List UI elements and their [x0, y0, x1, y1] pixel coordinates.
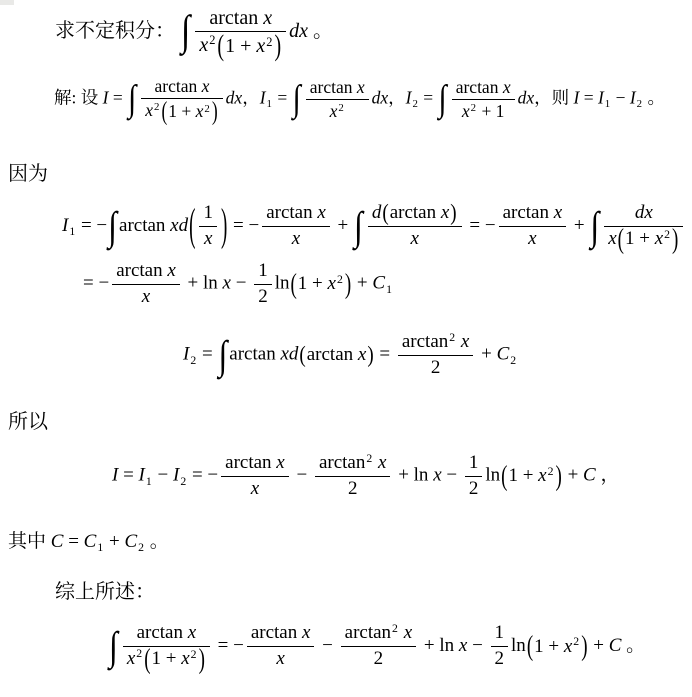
final-answer: ∫arctan xx2(1 + x2) = −arctan xx − arcta… [108, 622, 645, 671]
math-text: 2 [469, 478, 479, 499]
math-text: 1 + [298, 273, 328, 294]
superscript: 2 [664, 228, 670, 241]
math-variable: x [433, 465, 441, 486]
math-text: arctan [456, 77, 503, 97]
numerator: arctan x [247, 622, 315, 647]
subscript: 2 [180, 475, 186, 488]
math-text: arctan [137, 622, 188, 643]
math-text: 1 [258, 260, 268, 281]
math-variable: x [302, 622, 310, 643]
denominator: 2 [254, 285, 272, 309]
math-text: = − [213, 635, 244, 656]
right-paren-icon: ) [344, 270, 352, 299]
numerator: arctan2 x [398, 331, 473, 356]
left-paren-icon: ( [381, 202, 389, 225]
superscript: 2 [471, 102, 476, 114]
math-text: ， [242, 87, 260, 107]
math-text: + [563, 465, 583, 486]
paren-content: 1 + x2 [298, 272, 344, 296]
fraction: arctan xx [247, 622, 315, 671]
math-variable: x [554, 202, 562, 223]
math-text: arctan [116, 260, 167, 281]
superscript: 2 [136, 647, 142, 660]
math-variable: x [145, 100, 153, 120]
math-text: 1 [469, 452, 479, 473]
math-text: + [333, 215, 353, 236]
fraction: 12 [465, 452, 483, 501]
math-variable: x [503, 77, 511, 97]
paren-group: (1 + x2) [143, 648, 206, 671]
integral-icon: ∫ [108, 206, 117, 246]
math-variable: dx [226, 87, 243, 107]
math-variable: x [462, 101, 470, 121]
paren-content: 1 + x2 [625, 228, 671, 251]
denominator: x2(1 + x2) [141, 99, 222, 122]
math-text: arctan [209, 7, 263, 29]
fraction: arctan xx2 [306, 77, 369, 122]
math-variable: I [173, 465, 179, 486]
math-text: 1 [495, 622, 505, 643]
math-variable: x [357, 77, 365, 97]
fraction: arctan xx [262, 202, 330, 251]
paren-group: (1 + x2) [526, 635, 589, 659]
math-variable: dx [518, 87, 535, 107]
math-text: 2 [495, 648, 505, 669]
math-text: = − [187, 465, 218, 486]
math-variable: x [251, 478, 259, 499]
paren-content: arctan x [307, 343, 367, 367]
numerator: arctan2 x [315, 452, 390, 477]
fraction: d(arctan x)x [368, 202, 462, 251]
math-text: arctan [307, 344, 358, 365]
superscript: 2 [366, 452, 372, 465]
math-variable: x [188, 622, 196, 643]
numerator: 1 [254, 260, 272, 285]
denominator: x [199, 227, 217, 251]
math-variable: x [276, 452, 284, 473]
math-variable: xd [280, 344, 298, 365]
math-variable: C [372, 273, 385, 294]
numerator: d(arctan x) [368, 202, 462, 227]
right-paren-icon: ) [273, 31, 282, 61]
math-text: arctan [310, 77, 357, 97]
fraction: arctan xx [221, 452, 289, 501]
math-text: = − [228, 215, 259, 236]
paren-content: arctan x [390, 202, 450, 225]
subscript: 2 [138, 541, 144, 554]
math-text: ln [511, 635, 526, 656]
math-text: 1 [203, 202, 213, 223]
right-paren-icon: ) [198, 645, 206, 674]
math-variable: x [223, 273, 231, 294]
denominator: x [247, 647, 315, 671]
math-text: 。 [643, 87, 665, 107]
subscript: 1 [97, 541, 103, 554]
math-text: 解: 设 [54, 87, 103, 107]
superscript: 2 [204, 103, 209, 115]
left-paren-icon: ( [188, 204, 196, 250]
superscript: 2 [449, 331, 455, 344]
integral-icon: ∫ [439, 81, 447, 118]
integral-icon: ∫ [590, 206, 599, 246]
math-variable: x [358, 344, 366, 365]
fraction: arctan xx2(1 + x2) [123, 622, 210, 671]
numerator: arctan2 x [341, 622, 416, 647]
left-paren-icon: ( [289, 270, 297, 299]
integral-icon: ∫ [354, 206, 363, 246]
math-variable: x [538, 465, 546, 486]
scan-artifact [0, 0, 14, 5]
math-text: 1 + [508, 465, 538, 486]
fraction: dxx(1 + x2) [604, 202, 683, 251]
fraction: arctan2 x2 [341, 622, 416, 671]
math-text: 1 + [625, 228, 655, 249]
setup-line: 解: 设 I = ∫arctan xx2(1 + x2)dx，I1 = ∫arc… [54, 76, 665, 122]
math-variable: I [598, 87, 604, 107]
i1-derivation-line2: = −arctan xx + ln x − 12ln(1 + x2) + C1 [83, 260, 393, 309]
math-variable: C [609, 635, 622, 656]
superscript: 2 [209, 33, 215, 47]
math-text: arctan [225, 452, 276, 473]
numerator: arctan x [141, 76, 222, 99]
math-text: = − [76, 215, 107, 236]
subscript: 2 [190, 354, 196, 367]
math-variable: x [202, 76, 210, 96]
denominator: 2 [341, 647, 416, 671]
fraction: arctan2 x2 [398, 331, 473, 380]
math-variable: x [292, 228, 300, 249]
left-paren-icon: ( [617, 225, 625, 254]
math-text: = [579, 87, 598, 107]
superscript: 2 [573, 635, 579, 648]
math-variable: I [62, 215, 68, 236]
math-variable: x [196, 101, 204, 121]
math-variable: x [528, 228, 536, 249]
math-text: = [419, 87, 438, 107]
math-variable: dx [372, 87, 389, 107]
i2-derivation: I2 = ∫arctan xd(arctan x) = arctan2 x2 +… [183, 331, 517, 380]
problem-statement: 求不定积分： ∫arctan xx2(1 + x2)dx 。 [55, 6, 333, 58]
right-paren-icon: ) [220, 204, 228, 250]
paren-group: (1 + x2) [500, 464, 563, 488]
math-text: − [611, 87, 630, 107]
superscript: 2 [154, 101, 159, 113]
math-variable: I [183, 344, 189, 365]
denominator: x [262, 227, 330, 251]
integral-icon: ∫ [218, 335, 227, 375]
paren-group: (1 + x2) [289, 272, 352, 296]
denominator: 2 [491, 647, 509, 671]
paren-group: (1x) [188, 202, 228, 251]
paren-group: (1 + x2) [160, 101, 218, 122]
math-text: + [352, 273, 372, 294]
math-text: arctan [155, 76, 202, 96]
math-variable: x [608, 228, 616, 249]
right-paren-icon: ) [555, 462, 563, 491]
left-paren-icon: ( [160, 99, 168, 125]
math-variable: x [411, 228, 419, 249]
denominator: 2 [315, 477, 390, 501]
subscript: 1 [605, 98, 610, 110]
math-text: + ln [419, 635, 459, 656]
fraction: arctan xx [112, 260, 180, 309]
fraction: 1x [199, 202, 217, 251]
math-variable: I [139, 465, 145, 486]
math-text: + ln [393, 465, 433, 486]
left-paren-icon: ( [500, 462, 508, 491]
denominator: x2(1 + x2) [195, 32, 286, 58]
integral-icon: ∫ [293, 81, 301, 118]
math-variable: I [406, 87, 412, 107]
math-text: − [467, 635, 487, 656]
math-variable: dx [289, 20, 308, 42]
math-text: 2 [348, 478, 358, 499]
math-variable: x [399, 622, 412, 643]
superscript: 2 [392, 622, 398, 635]
right-paren-icon: ) [580, 632, 588, 661]
right-paren-icon: ) [671, 225, 679, 254]
math-text: 。 [621, 635, 645, 656]
math-text: = [375, 344, 395, 365]
math-variable: I [260, 87, 266, 107]
math-text: + [569, 215, 589, 236]
denominator: x2(1 + x2) [123, 647, 210, 671]
math-text: − [317, 635, 337, 656]
math-text: ln [275, 273, 290, 294]
math-text: − [231, 273, 251, 294]
constant-note: 其中 C = C1 + C2 。 [8, 530, 169, 554]
fraction: arctan2 x2 [315, 452, 390, 501]
math-text: arctan [266, 202, 317, 223]
math-text: arctan [402, 331, 448, 352]
math-variable: x [142, 286, 150, 307]
math-variable: x [564, 636, 572, 657]
denominator: x [112, 285, 180, 309]
right-paren-icon: ) [366, 344, 374, 367]
denominator: x [221, 477, 289, 501]
left-paren-icon: ( [526, 632, 534, 661]
paren-group: (arctan x) [298, 343, 374, 367]
math-text: − [153, 465, 173, 486]
math-variable: x [127, 648, 135, 669]
numerator: arctan x [221, 452, 289, 477]
math-text: 2 [374, 648, 384, 669]
math-text: 1 + [534, 636, 564, 657]
math-text: 1 + [152, 648, 182, 669]
math-variable: x [441, 202, 449, 223]
math-text: 1 + [168, 101, 195, 121]
math-text: 2 [431, 357, 441, 378]
subscript: 1 [386, 283, 392, 296]
right-paren-icon: ) [449, 202, 457, 225]
math-text: ln [485, 465, 500, 486]
left-paren-icon: ( [298, 344, 306, 367]
math-text: = − [83, 273, 109, 294]
fraction: arctan xx2 + 1 [452, 77, 515, 122]
fraction: arctan xx [499, 202, 567, 251]
math-text: + [476, 344, 496, 365]
math-text: arctan [390, 202, 441, 223]
subscript: 2 [510, 354, 516, 367]
numerator: arctan x [262, 202, 330, 227]
numerator: 1 [491, 622, 509, 647]
math-text: = [273, 87, 292, 107]
therefore-label: 所以 [8, 410, 48, 435]
integral-icon: ∫ [109, 626, 118, 666]
math-text: + [589, 635, 609, 656]
numerator: arctan x [195, 6, 286, 32]
numerator: arctan x [123, 622, 210, 647]
left-paren-icon: ( [143, 645, 151, 674]
denominator: 2 [398, 356, 473, 380]
math-text: = [118, 465, 138, 486]
math-text: + [104, 531, 124, 552]
math-variable: C [124, 531, 137, 552]
right-paren-icon: ) [211, 99, 219, 125]
math-variable: x [199, 34, 208, 56]
math-variable: x [330, 101, 338, 121]
denominator: 2 [465, 477, 483, 501]
paren-content: 1 + x2 [508, 464, 554, 488]
math-text: arctan [251, 622, 302, 643]
integral-icon: ∫ [181, 11, 190, 54]
math-text: arctan [503, 202, 554, 223]
subscript: 2 [413, 98, 418, 110]
math-variable: dx [635, 202, 653, 223]
left-paren-icon: ( [216, 31, 225, 61]
math-text: = − [465, 215, 496, 236]
math-text: arctan [319, 452, 365, 473]
denominator: x [368, 227, 462, 251]
combined-result: I = I1 − I2 = −arctan xx − arctan2 x2 + … [112, 452, 620, 501]
numerator: arctan x [306, 77, 369, 100]
math-variable: d [372, 202, 382, 223]
numerator: arctan x [452, 77, 515, 100]
paren-content: 1 + x2 [225, 34, 273, 58]
math-variable: x [317, 202, 325, 223]
math-text: ，则 [534, 87, 573, 107]
integral-icon: ∫ [128, 81, 136, 118]
subscript: 2 [637, 98, 642, 110]
math-text: ， [388, 87, 406, 107]
math-variable: x [373, 452, 386, 473]
math-variable: x [655, 228, 663, 249]
paren-content: 1x [196, 202, 220, 251]
math-text: arctan [229, 344, 280, 365]
denominator: x [499, 227, 567, 251]
paren-content: 1 + x2 [152, 648, 198, 671]
math-text: = [197, 344, 217, 365]
numerator: arctan x [112, 260, 180, 285]
math-text: arctan [119, 215, 170, 236]
superscript: 2 [266, 35, 272, 49]
numerator: 1 [465, 452, 483, 477]
superscript: 2 [548, 465, 554, 478]
math-variable: x [276, 648, 284, 669]
math-text: 其中 [8, 531, 51, 552]
math-text: arctan [345, 622, 391, 643]
fraction: 12 [254, 260, 272, 309]
paren-content: 1 + x2 [534, 635, 580, 659]
math-text: = [63, 531, 83, 552]
paren-group: (1 + x2) [617, 228, 680, 251]
math-variable: x [328, 273, 336, 294]
math-text: 1 + [225, 35, 256, 57]
math-text: 求不定积分： [55, 20, 180, 42]
fraction: 12 [491, 622, 509, 671]
fraction: arctan xx2(1 + x2) [141, 76, 222, 122]
math-variable: xd [170, 215, 188, 236]
math-variable: C [497, 344, 510, 365]
superscript: 2 [337, 273, 343, 286]
math-text: + ln [183, 273, 223, 294]
denominator: x(1 + x2) [604, 227, 683, 251]
denominator: x2 [306, 100, 369, 122]
numerator: arctan x [499, 202, 567, 227]
because-label: 因为 [8, 162, 48, 187]
math-variable: C [51, 531, 64, 552]
math-text: − [442, 465, 462, 486]
math-text: 2 [258, 286, 268, 307]
math-variable: x [204, 228, 212, 249]
math-variable: x [256, 35, 265, 57]
denominator: x2 + 1 [452, 100, 515, 122]
numerator: 1 [199, 202, 217, 227]
math-variable: I [630, 87, 636, 107]
superscript: 2 [191, 648, 197, 661]
paren-group: (1 + x2) [216, 34, 282, 58]
math-variable: x [181, 648, 189, 669]
paren-content: 1 + x2 [168, 101, 211, 122]
math-text: ， [596, 465, 620, 486]
math-text: = [108, 87, 127, 107]
math-variable: C [583, 465, 596, 486]
math-text: 。 [308, 20, 333, 42]
subscript: 1 [146, 475, 152, 488]
superscript: 2 [338, 102, 343, 114]
paren-group: (arctan x) [381, 202, 457, 225]
fraction: arctan xx2(1 + x2) [195, 6, 286, 58]
subscript: 1 [69, 225, 75, 238]
i1-derivation-line1: I1 = −∫arctan xd(1x) = −arctan xx + ∫d(a… [62, 202, 686, 251]
math-text: 。 [145, 531, 169, 552]
math-variable: C [84, 531, 97, 552]
math-variable: x [263, 7, 272, 29]
subscript: 1 [267, 98, 272, 110]
math-variable: x [167, 260, 175, 281]
math-text: + 1 [477, 101, 504, 121]
math-text: − [292, 465, 312, 486]
math-variable: x [456, 331, 469, 352]
summary-label: 综上所述： [55, 580, 155, 605]
